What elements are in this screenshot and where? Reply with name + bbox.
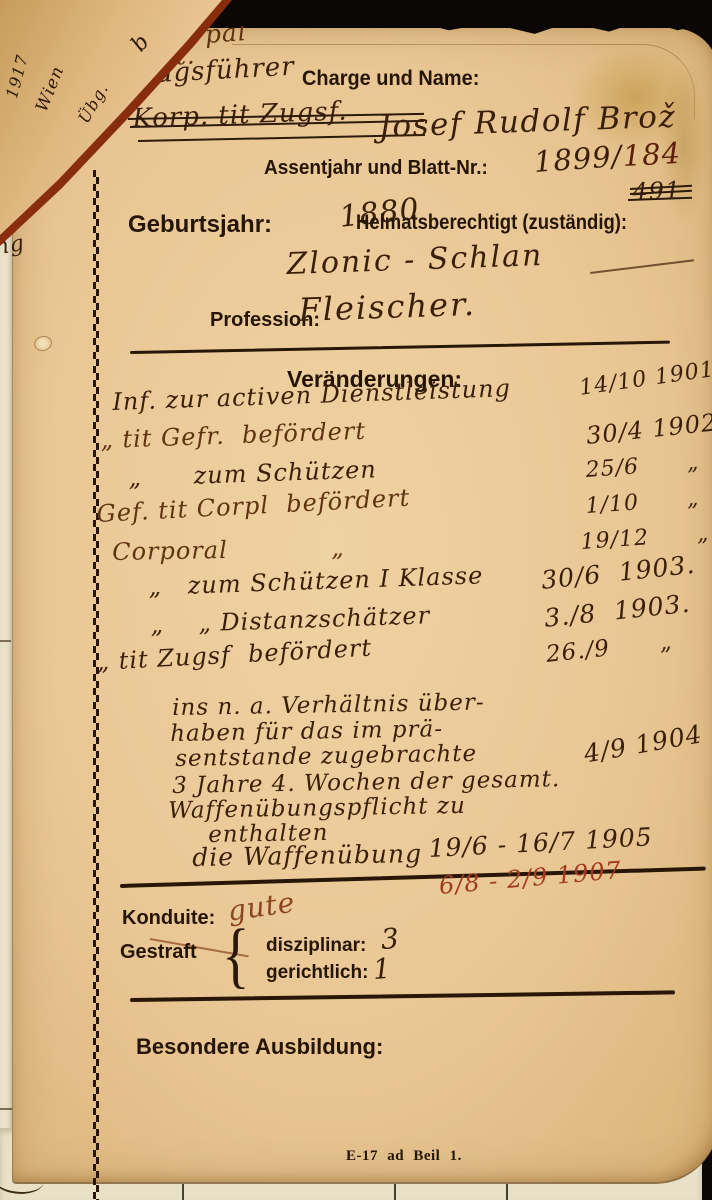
assent-year: 1899/	[533, 142, 623, 177]
note-line: sentstande zugebrachte	[175, 743, 477, 771]
scanned-record-page: g ng pal tit. Zugsführer Charge und Name…	[0, 0, 712, 1200]
heimat-label: Heimatsberechtigt (zuständig):	[356, 212, 627, 233]
assent-label: Assentjahr und Blatt-Nr.:	[264, 158, 488, 178]
profession-value: Fleischer.	[298, 288, 476, 326]
gerichtlich-value: 1	[372, 955, 393, 984]
heimat-value: Zlonic - Schlan	[286, 241, 544, 280]
geburtsjahr-label: Geburtsjahr:	[128, 213, 272, 237]
form-number: E-17 ad Beil 1.	[346, 1149, 462, 1164]
note-line: Waffenübungspflicht zu	[168, 795, 466, 823]
gerichtlich-label: gerichtlich:	[266, 963, 368, 982]
charge-label: Charge und Name:	[302, 68, 479, 89]
veraenderung-row-text: Corporal „	[112, 536, 345, 564]
blatt-number-new: 184	[622, 139, 682, 171]
waffenuebung-text: die Waffenübung	[192, 841, 422, 870]
gestraft-label: Gestraft	[120, 942, 197, 962]
disziplinar-label: disziplinar:	[266, 936, 366, 955]
gestraft-brace: {	[222, 918, 250, 992]
disziplinar-value: 3	[380, 925, 401, 954]
besondere-ausbildung-label: Besondere Ausbildung:	[136, 1036, 383, 1058]
margin-rule-fragment	[0, 640, 11, 642]
perforation-line	[93, 170, 100, 1200]
konduite-label: Konduite:	[122, 908, 215, 928]
